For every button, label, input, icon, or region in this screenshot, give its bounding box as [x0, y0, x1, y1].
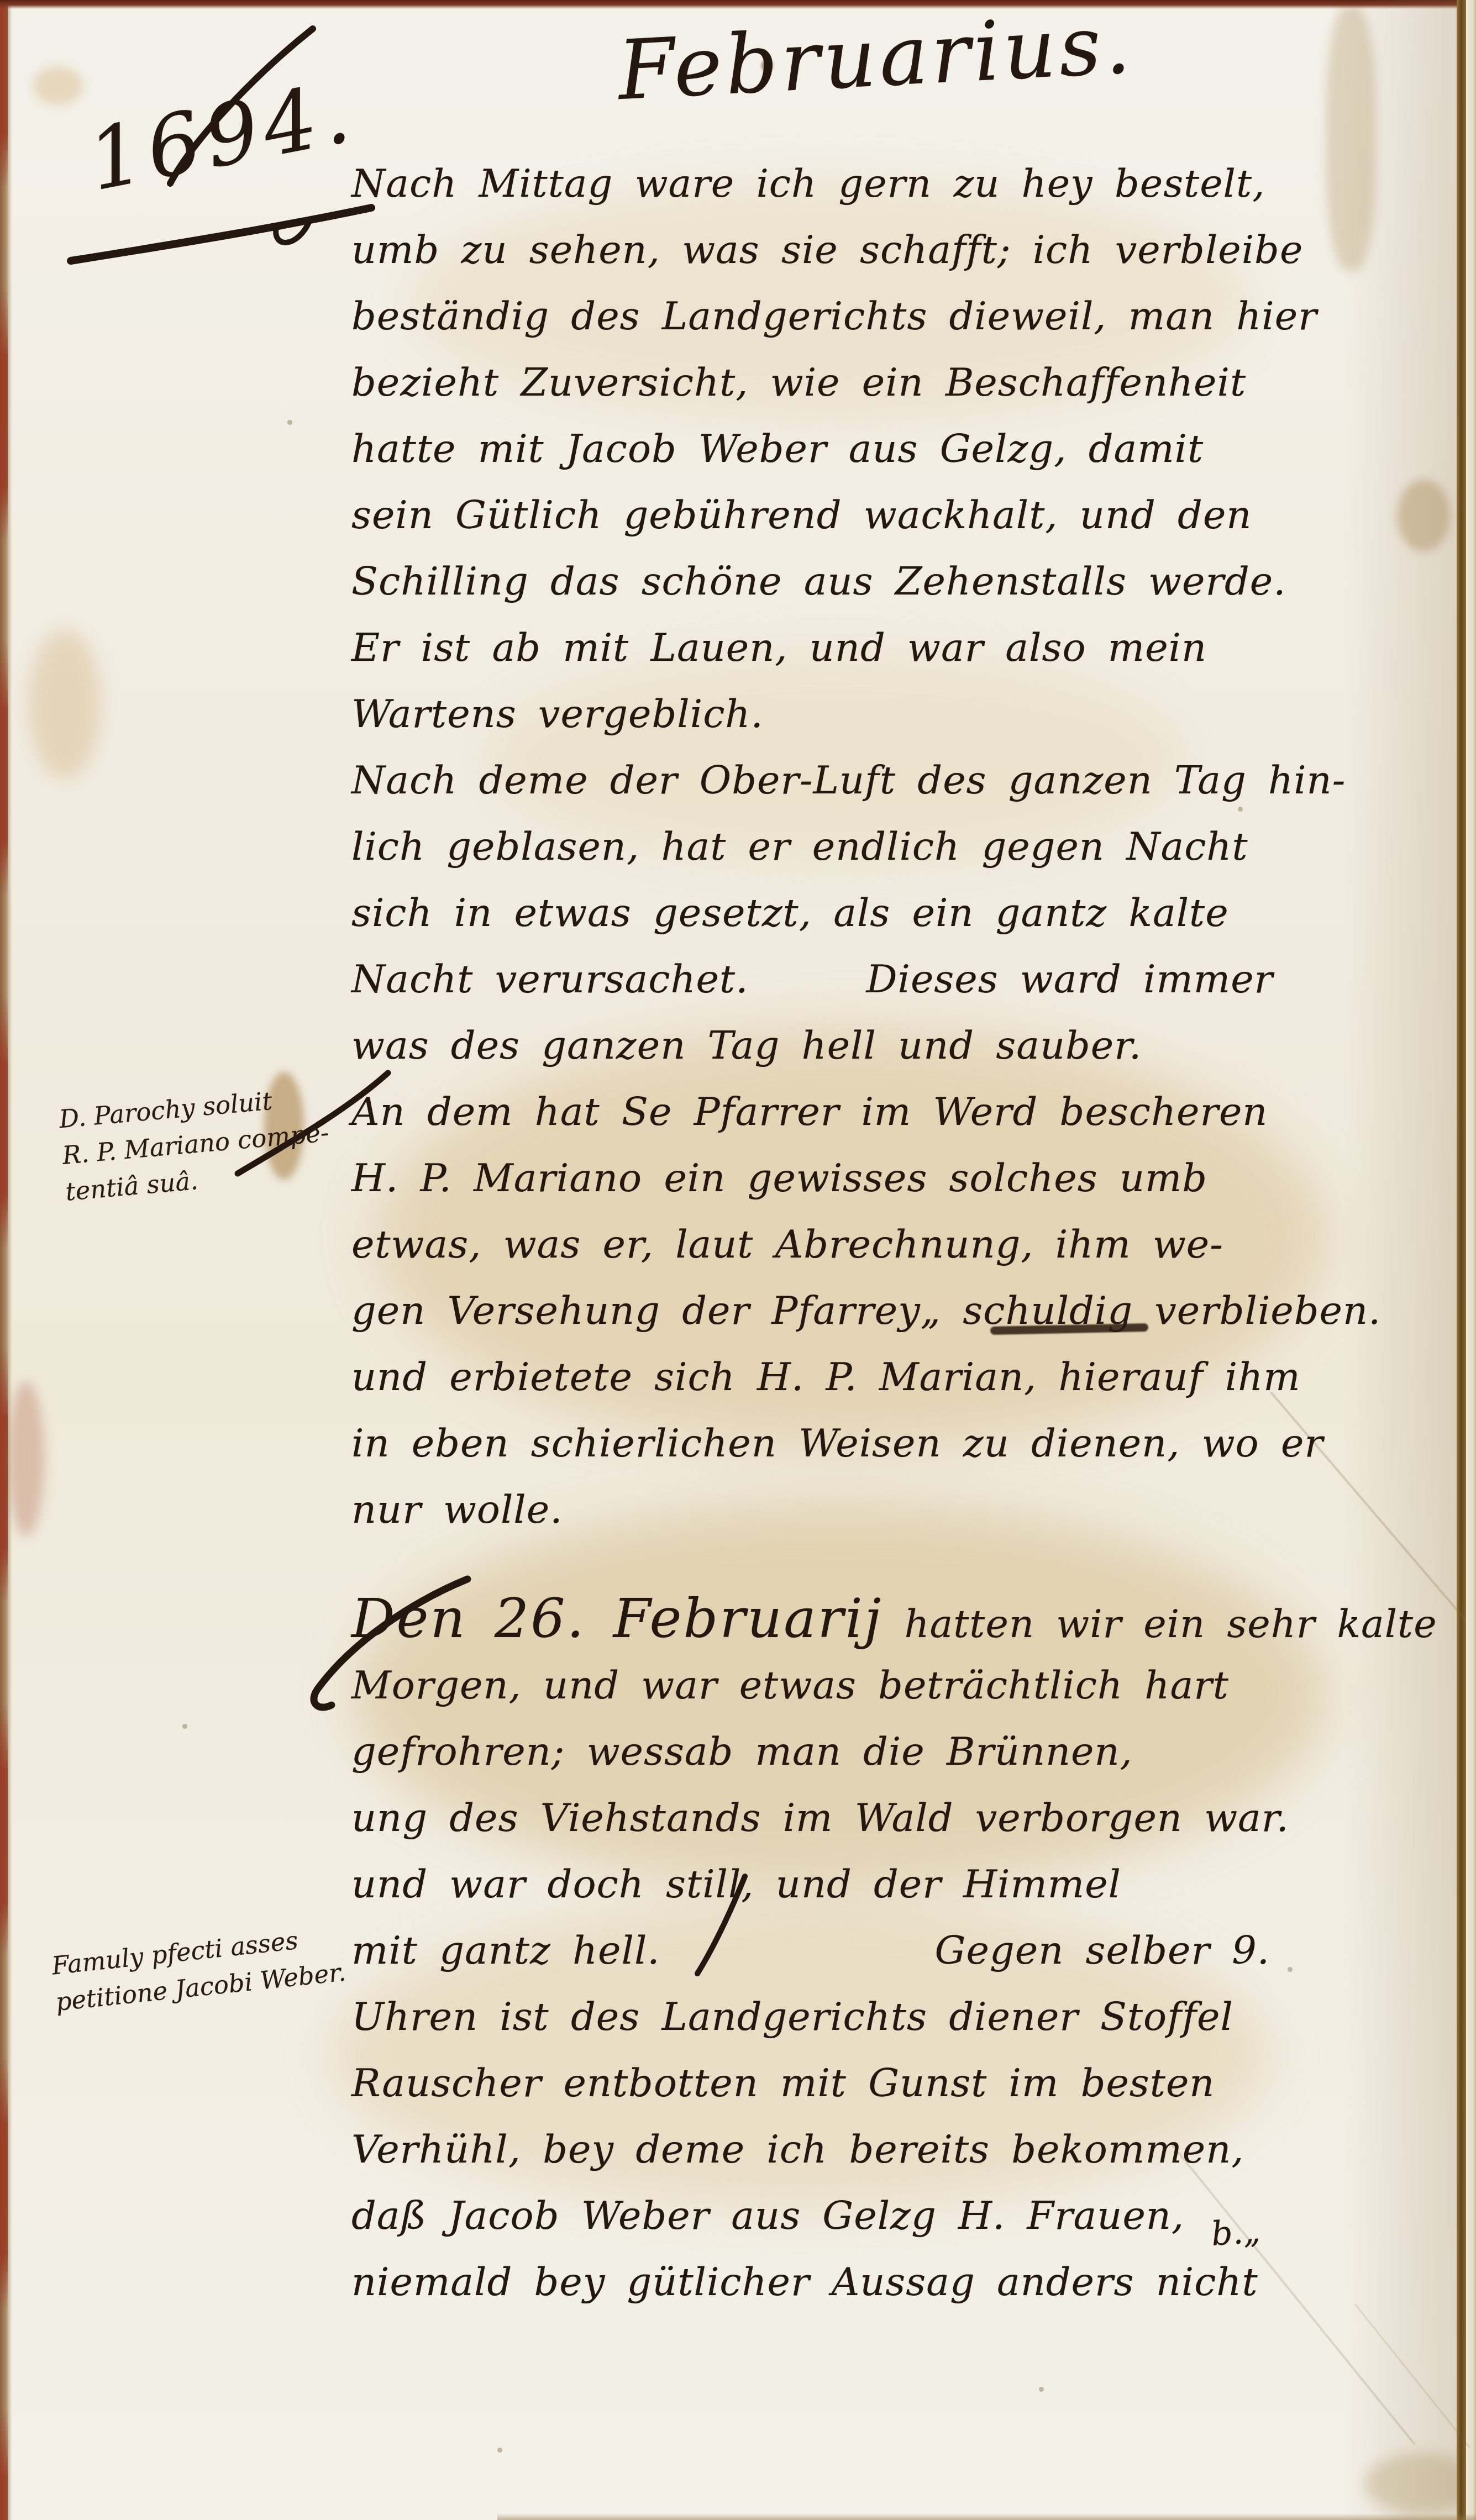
binding-leather-red [0, 0, 8, 2520]
text-line: Verhühl, bey deme ich bereits bekommen, [351, 2116, 1365, 2182]
text-line: lich geblasen, hat er endlich gegen Nach… [351, 813, 1365, 880]
text-line: beständig des Landgerichts dieweil, man … [351, 283, 1365, 349]
text-line: sein Gütlich gebührend wackhalt, und den [351, 482, 1365, 548]
diary-paragraph-den26: Den 26. Februarij hatten wir ein sehr ka… [351, 1586, 1365, 2315]
dust-speck [182, 1724, 187, 1729]
catchword: b.„ [1210, 2212, 1262, 2254]
text-line: Morgen, und war etwas beträchtlich hart [351, 1652, 1365, 1718]
text-line: Schilling das schöne aus Zehenstalls wer… [351, 548, 1365, 614]
paper-stain [33, 66, 83, 105]
paper-stain [8, 1381, 44, 1536]
diary-body-text: Nach Mittag ware ich gern zu hey bestelt… [351, 150, 1365, 2315]
next-page-edge [1466, 0, 1476, 2520]
text-line: hatte mit Jacob Weber aus Gelzg, damit [351, 415, 1365, 482]
text-line: hatten wir ein sehr kalte [883, 1601, 1437, 1646]
text-line: ung des Viehstands im Wald verborgen war… [351, 1785, 1365, 1851]
text-line: Rauscher entbotten mit Gunst im besten [351, 2050, 1365, 2116]
dust-speck [497, 2448, 502, 2453]
text-line: etwas, was er, laut Abrechnung, ihm we- [351, 1211, 1365, 1277]
binding-edge-top [0, 0, 1476, 9]
page-fold-line [1457, 0, 1466, 2520]
diary-paragraph: An dem hat Se Pfarrer im Werd bescheren … [351, 1079, 1365, 1543]
diary-paragraph: Nach deme der Ober-Luft des ganzen Tag h… [351, 747, 1365, 1079]
text-line: und war doch still, und der Himmel [351, 1851, 1365, 1917]
text-line: Uhren ist des Landgerichts diener Stoffe… [351, 1984, 1365, 2050]
diary-paragraph: Nach Mittag ware ich gern zu hey bestelt… [351, 150, 1365, 747]
text-line: An dem hat Se Pfarrer im Werd bescheren [351, 1079, 1365, 1145]
text-line: gen Versehung der Pfarrey„ schuldig verb… [351, 1277, 1365, 1344]
text-line: in eben schierlichen Weisen zu dienen, w… [351, 1410, 1365, 1476]
page-edge-bottom [497, 2513, 1476, 2520]
text-line: gefrohren; wessab man die Brünnen, [351, 1718, 1365, 1785]
text-line: mit gantz hell. Gegen selber 9. [351, 1917, 1365, 1984]
text-line: umb zu sehen, was sie schafft; ich verbl… [351, 217, 1365, 283]
text-line: Nacht verursachet. Dieses ward immer [351, 946, 1365, 1012]
text-line: Wartens vergeblich. [351, 681, 1365, 747]
text-line: H. P. Mariano ein gewisses solches umb [351, 1145, 1365, 1211]
paper-stain [29, 630, 101, 779]
text-line: was des ganzen Tag hell und sauber. [351, 1012, 1365, 1079]
manuscript-page: { "manuscript": { "year": "1694.", "mont… [0, 0, 1476, 2520]
text-line: sich in etwas gesetzt, als ein gantz kal… [351, 880, 1365, 946]
dust-speck [1039, 2387, 1044, 2392]
dust-speck [287, 420, 292, 425]
text-line-entry-date: Den 26. Februarij hatten wir ein sehr ka… [351, 1586, 1365, 1652]
text-line: Nach Mittag ware ich gern zu hey bestelt… [351, 150, 1365, 217]
text-line: nur wolle. [351, 1476, 1365, 1543]
margin-note-parochy: D. Parochy soluit R. P. Mariano compe- t… [57, 1078, 333, 1210]
text-line: niemald bey gütlicher Aussag anders nich… [351, 2249, 1365, 2315]
text-line: Er ist ab mit Lauen, und war also mein [351, 614, 1365, 681]
text-line: Nach deme der Ober-Luft des ganzen Tag h… [351, 747, 1365, 813]
text-line: und erbietete sich H. P. Marian, hierauf… [351, 1344, 1365, 1410]
entry-date: Den 26. Februarij [351, 1587, 883, 1650]
text-line: bezieht Zuversicht, wie ein Beschaffenhe… [351, 349, 1365, 415]
